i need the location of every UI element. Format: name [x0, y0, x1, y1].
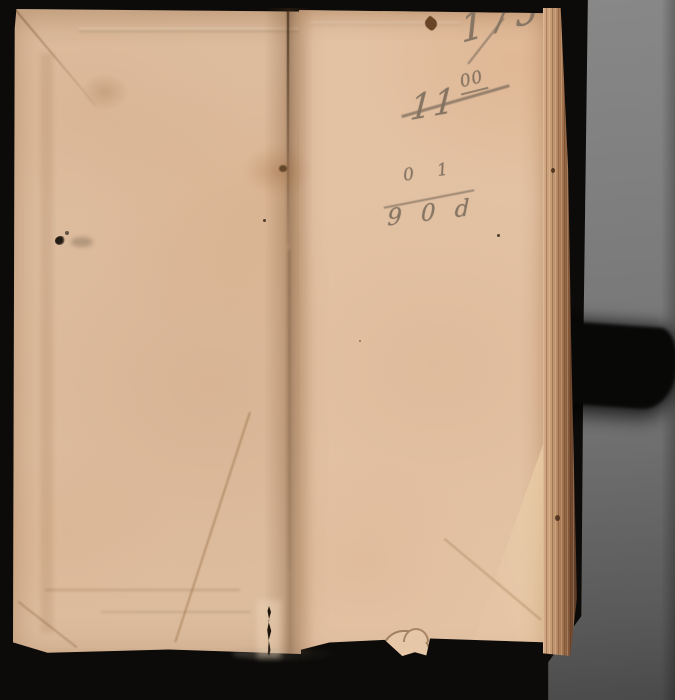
pencil-note-price-175: 175: [459, 10, 543, 52]
page-flap: [403, 628, 429, 642]
pencil-note-upside-down: 0 1 9 0 d: [387, 162, 487, 246]
fore-edge-nick: [551, 168, 555, 173]
pencil-note-line2: 9 0 d: [387, 194, 475, 231]
crease-line: [45, 589, 240, 591]
gutter-fold-line: [287, 10, 289, 245]
scuff-marks: [232, 648, 342, 660]
ink-smudge: [71, 237, 93, 247]
stain: [244, 146, 310, 196]
gutter-fold-line: [288, 250, 290, 570]
cover-turn-in-shading: [41, 53, 53, 633]
pencil-note-price-1100: 11 00: [405, 64, 513, 133]
ink-spot: [55, 236, 65, 245]
ink-blot: [423, 15, 439, 31]
book-scan: 175 11 00 0 1 9 0 d: [0, 0, 675, 700]
crease-line: [101, 611, 251, 613]
ink-spot: [65, 231, 69, 235]
crease-line: [311, 22, 461, 25]
left-endpaper: [13, 9, 301, 654]
pencil-note-line1: 0 1: [402, 158, 458, 185]
pencil-note-dollars: 11: [409, 80, 458, 129]
stain-spot: [279, 165, 287, 172]
speck: [497, 234, 500, 237]
faint-smudge: [81, 73, 129, 111]
fore-edge-nick: [555, 515, 560, 521]
speck: [359, 340, 361, 342]
right-flyleaf: 175 11 00 0 1 9 0 d: [299, 10, 551, 658]
